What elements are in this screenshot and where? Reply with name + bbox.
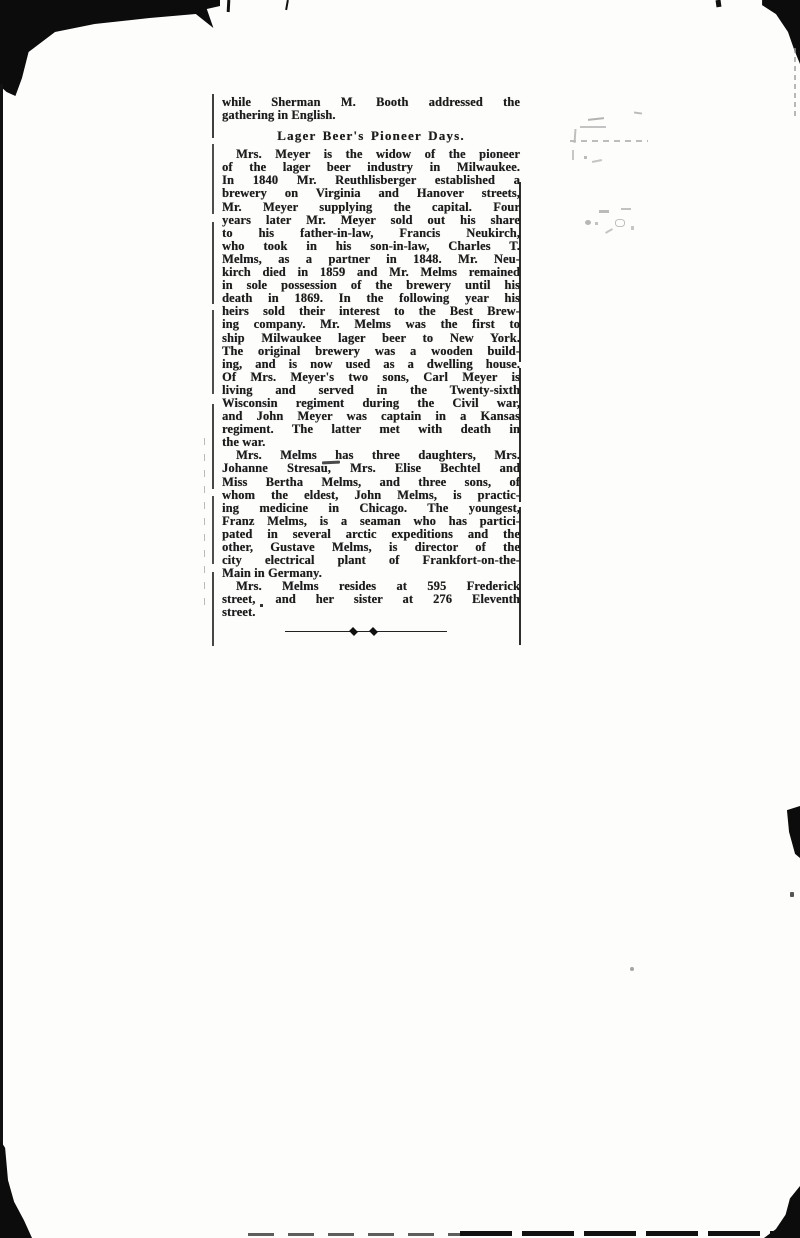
scan-artifact-bottom-strip-dark (460, 1231, 790, 1236)
scan-artifact-left-edge (0, 84, 3, 1238)
pencil-scribble (585, 206, 645, 246)
scan-artifact-right-edge-dashes (794, 48, 796, 116)
article-line: whom the eldest, John Melms, is practic- (222, 489, 520, 502)
scan-artifact-top-left (0, 0, 220, 100)
pencil-speck (630, 967, 634, 971)
scan-artifact-right-dot (790, 892, 794, 897)
article-line: regiment. The latter met with death in (222, 423, 520, 436)
scan-artifact-top-tick (285, 0, 289, 10)
scan-artifact-top-right (752, 0, 800, 64)
article-line: Of Mrs. Meyer's two sons, Carl Meyer is (222, 371, 520, 384)
article-line: The original brewery was a wooden build- (222, 345, 520, 358)
article-paragraph: Mrs. Melms resides at 595 Frederickstree… (222, 580, 520, 619)
column-rule-left-faint (204, 438, 205, 613)
article-line: who took in his son-in-law, Charles T. (222, 240, 520, 253)
scan-artifact-top-tick (227, 0, 231, 12)
article-line: Franz Melms, is a seaman who has partici… (222, 515, 520, 528)
article-line: gathering in English. (222, 109, 520, 122)
column-rule-left (212, 94, 214, 646)
news-article-column: while Sherman M. Booth addressed thegath… (222, 96, 520, 641)
scan-artifact-bottom-strip (248, 1233, 463, 1236)
scan-artifact-top-tick (716, 0, 722, 7)
article-line: Miss Bertha Melms, and three sons, of (222, 476, 520, 489)
article-line: ing medicine in Chicago. The youngest, (222, 502, 520, 515)
article-line: ship Milwaukee lager beer to New York. (222, 332, 520, 345)
scan-artifact-right-wedge (785, 806, 800, 858)
article-line: brewery on Virginia and Hanover streets, (222, 187, 520, 200)
scanned-newspaper-page: while Sherman M. Booth addressed thegath… (0, 0, 800, 1238)
end-of-article-divider (222, 623, 520, 641)
article-continuation-paragraph: while Sherman M. Booth addressed thegath… (222, 96, 520, 122)
article-line: Mr. Meyer supplying the capital. Four (222, 201, 520, 214)
pencil-scribble (570, 112, 670, 172)
article-line: ing company. Mr. Melms was the first to (222, 318, 520, 331)
scan-artifact-bottom-left (0, 1140, 32, 1238)
article-headline: Lager Beer's Pioneer Days. (222, 128, 520, 144)
divider-rule (285, 631, 447, 633)
article-line: living and served in the Twenty-sixth (222, 384, 520, 397)
divider-diamond-icon (369, 627, 378, 636)
article-paragraph: Mrs. Meyer is the widow of the pioneerof… (222, 148, 520, 449)
article-line: street, and her sister at 276 Eleventh (222, 593, 520, 606)
article-line: to his father-in-law, Francis Neukirch, (222, 227, 520, 240)
article-line: years later Mr. Meyer sold out his share (222, 214, 520, 227)
article-line: Johanne Stresau, Mrs. Elise Bechtel and (222, 462, 520, 475)
divider-diamond-icon (349, 627, 358, 636)
article-paragraph: Mrs. Melms has three daughters, Mrs.Joha… (222, 449, 520, 580)
article-line: ing, and is now used as a dwelling house… (222, 358, 520, 371)
article-line: street. (222, 606, 520, 619)
